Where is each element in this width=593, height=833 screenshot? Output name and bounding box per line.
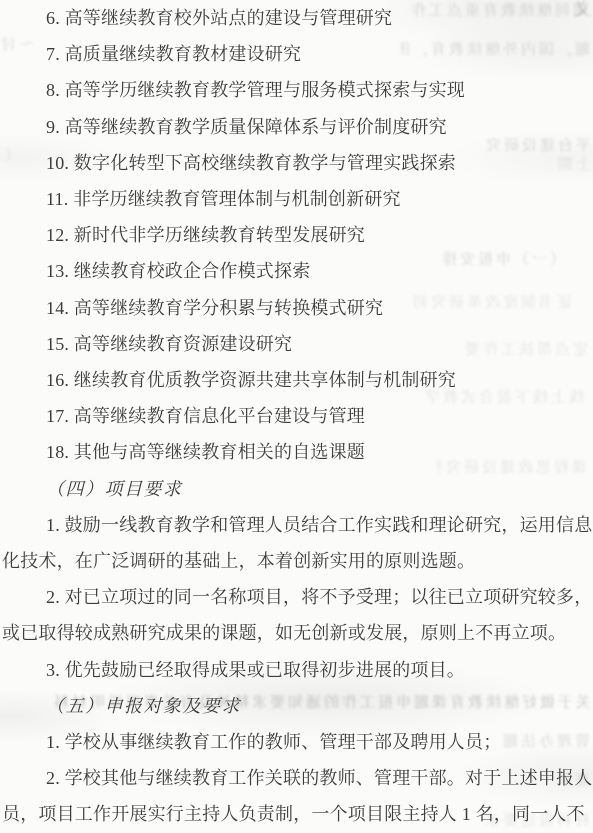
paragraph-line: 1. 学校从事继续教育工作的教师、管理干部及聘用人员； [2,724,591,760]
list-item-6: 6. 高等继续教育校外站点的建设与管理研究 [2,0,591,36]
paragraph-line: 化技术，在广泛调研的基础上，本着创新实用的原则选题。 [2,543,591,579]
section-heading-4: （四）项目要求 [2,471,591,507]
paragraph-line: 3. 优先鼓励已经取得成果或已取得初步进展的项目。 [2,652,591,688]
paragraph-line: 员，项目工作开展实行主持人负责制，一个项目限主持人 1 名，同一人不 [2,796,591,832]
list-item-8: 8. 高等学历继续教育教学管理与服务模式探索与实现 [2,72,591,108]
list-item-12: 12. 新时代非学历继续教育转型发展研究 [2,217,591,253]
list-item-10: 10. 数字化转型下高校继续教育教学与管理实践探索 [2,145,591,181]
list-item-9: 9. 高等继续教育教学质量保障体系与评价制度研究 [2,109,591,145]
list-item-11: 11. 非学历继续教育管理体制与机制创新研究 [2,181,591,217]
paragraph-line: 2. 学校其他与继续教育工作关联的教师、管理干部。对于上述申报人 [2,760,591,796]
list-item-18: 18. 其他与高等继续教育相关的自选课题 [2,434,591,470]
list-item-16: 16. 继续教育优质教学资源共建共享体制与机制研究 [2,362,591,398]
list-item-15: 15. 高等继续教育资源建设研究 [2,326,591,362]
list-item-17: 17. 高等继续教育信息化平台建设与管理 [2,398,591,434]
list-item-14: 14. 高等继续教育学分积累与转换模式研究 [2,290,591,326]
paragraph-line: 1. 鼓励一线教育教学和管理人员结合工作实践和理论研究，运用信息 [2,507,591,543]
document-text-block: 6. 高等继续教育校外站点的建设与管理研究 7. 高质量继续教育教材建设研究 8… [2,0,591,833]
list-item-7: 7. 高质量继续教育教材建设研究 [2,36,591,72]
paragraph-line: 或已取得较成熟研究成果的课题，如无创新或发展，原则上不再立项。 [2,615,591,651]
scanned-document-page: 期间继续教育重点工作指南要 义 ～讨 题，国内外继续教育，围 平台建设研究 （ … [0,0,593,833]
list-item-13: 13. 继续教育校政企合作模式探索 [2,253,591,289]
section-heading-5: （五）申报对象及要求 [2,688,591,724]
paragraph-line: 2. 对已立项过的同一名称项目，将不予受理；以往已立项研究较多， [2,579,591,615]
